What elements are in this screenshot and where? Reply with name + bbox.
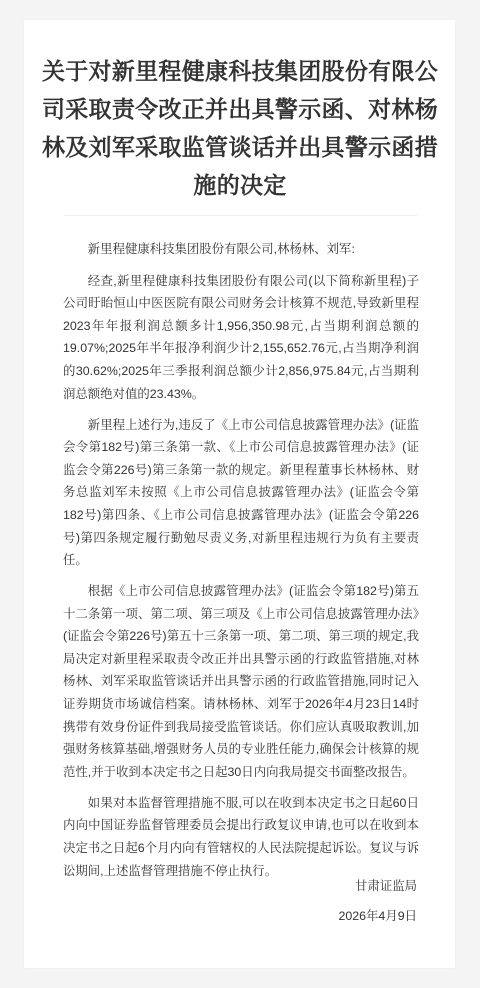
issue-date: 2026年4月9日	[338, 906, 417, 924]
issuer-name: 甘肃证监局	[355, 876, 417, 894]
paragraph-appeal: 如果对本监督管理措施不服,可以在收到本决定书之日起60日内向中国证券监督管理委员…	[63, 792, 419, 882]
salutation: 新里程健康科技集团股份有限公司,林杨林、刘军:	[63, 238, 419, 261]
paragraph-measures: 根据《上市公司信息披露管理办法》(证监会令第182号)第五十二条第一项、第二项、…	[63, 580, 419, 783]
paragraph-violation: 新里程上述行为,违反了《上市公司信息披露管理办法》(证监会令第182号)第三条第…	[63, 414, 419, 572]
title-divider	[64, 215, 417, 216]
document-body: 新里程健康科技集团股份有限公司,林杨林、刘军: 经查,新里程健康科技集团股份有限…	[63, 238, 419, 891]
document-title: 关于对新里程健康科技集团股份有限公司采取责令改正并出具警示函、对林杨林及刘军采取…	[40, 52, 440, 204]
paragraph-findings: 经查,新里程健康科技集团股份有限公司(以下简称新里程)子公司盱眙恒山中医医院有限…	[63, 270, 419, 406]
